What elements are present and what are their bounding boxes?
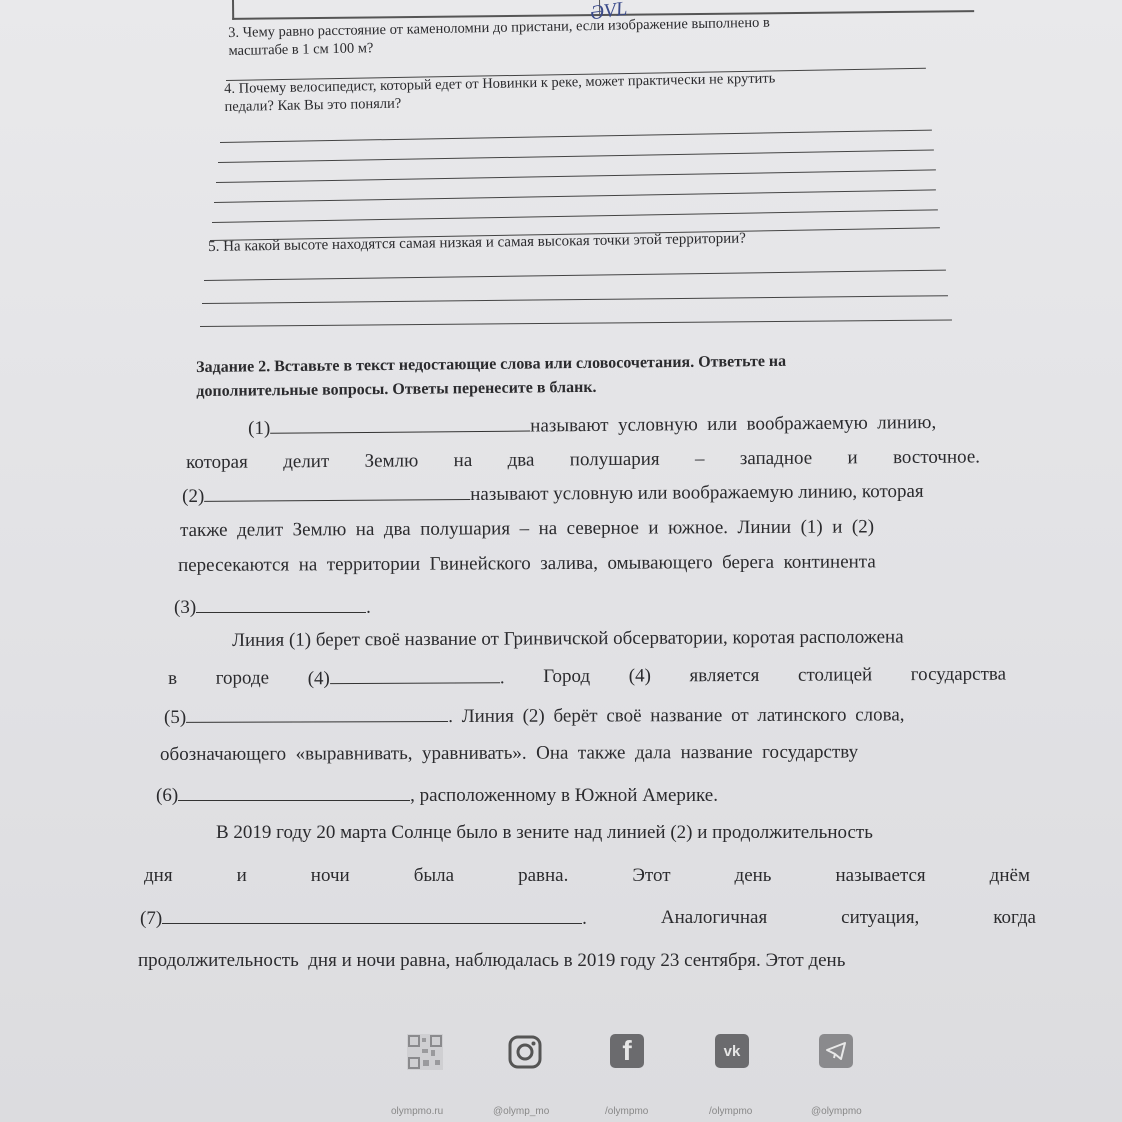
answer-line[interactable] <box>214 189 936 203</box>
text-line: (2)называют условную или воображаемую ли… <box>182 480 924 508</box>
text-line: пересекаются на территории Гвинейского з… <box>178 551 876 577</box>
question-5: 5. На какой высоте находятся самая низка… <box>208 230 746 256</box>
blank-marker-7: (7) <box>140 908 162 929</box>
answer-line[interactable] <box>216 169 936 183</box>
answer-line[interactable] <box>202 295 948 304</box>
text-line: которая делит Землю на два полушария – з… <box>186 446 980 474</box>
blank-5[interactable] <box>186 705 448 723</box>
text-line: (1)называют условную или воображаемую ли… <box>248 411 936 440</box>
text-line: (7). Аналогичная ситуация, когда <box>140 907 1036 930</box>
facebook-icon[interactable]: f <box>610 1034 644 1068</box>
question-number: 5. <box>208 239 219 255</box>
blank-marker-6: (6) <box>156 785 178 806</box>
question-3: 3. Чему равно расстояние от каменоломни … <box>228 14 770 60</box>
answer-line[interactable] <box>204 270 946 281</box>
footer-social-links: olympmo.ru @olymp_mo f /olympmo vk /olym… <box>385 1034 885 1122</box>
text-line: продолжительность дня и ночи равна, набл… <box>138 950 845 972</box>
blank-marker-1: (1) <box>248 418 270 439</box>
qr-code-icon[interactable] <box>407 1034 443 1070</box>
text-line: (5). Линия (2) берёт своё название от ла… <box>164 703 905 729</box>
text-line: (3). <box>174 596 371 619</box>
answer-line[interactable] <box>212 209 938 223</box>
blank-marker-2: (2) <box>182 486 204 507</box>
blank-6[interactable] <box>178 784 410 801</box>
answer-line[interactable] <box>218 150 934 163</box>
text-line: Линия (1) берет своё название от Гринвич… <box>232 626 904 652</box>
text-line: также делит Землю на два полушария – на … <box>180 516 874 542</box>
footer-label[interactable]: /olympmo <box>605 1106 648 1117</box>
footer-label[interactable]: @olympmo <box>811 1106 862 1117</box>
text-line: обозначающего «выравнивать, уравнивать».… <box>160 742 858 766</box>
question-number: 3. <box>228 25 239 41</box>
blank-2[interactable] <box>204 483 470 502</box>
text-line: в городе (4). Город (4) является столице… <box>168 664 1006 691</box>
blank-4[interactable] <box>330 666 500 684</box>
instagram-icon[interactable] <box>507 1034 543 1070</box>
telegram-icon[interactable] <box>819 1034 853 1068</box>
blank-1[interactable] <box>270 415 530 434</box>
question-text: На какой высоте находятся самая низкая и… <box>223 231 746 255</box>
text-line: В 2019 году 20 марта Солнце было в зенит… <box>216 822 873 844</box>
blank-marker-5: (5) <box>164 707 186 728</box>
footer-label[interactable]: /olympmo <box>709 1106 752 1117</box>
blank-3[interactable] <box>196 596 366 613</box>
footer-label[interactable]: olympmo.ru <box>391 1106 443 1117</box>
question-4: 4. Почему велосипедист, который едет от … <box>224 69 776 116</box>
answer-line[interactable] <box>200 319 952 327</box>
worksheet-page: ƏVL 3. Чему равно расстояние от каменоло… <box>0 0 1122 1122</box>
text-line: (6), расположенному в Южной Америке. <box>156 784 718 807</box>
blank-7[interactable] <box>162 907 582 924</box>
task-2-title: Задание 2. Вставьте в текст недостающие … <box>196 348 936 404</box>
blank-marker-4: (4) <box>308 668 330 689</box>
text-line: дня и ночи была равна. Этот день называе… <box>144 865 1030 887</box>
footer-label[interactable]: @olymp_mo <box>493 1106 549 1117</box>
answer-line[interactable] <box>220 130 932 143</box>
question-number: 4. <box>224 81 235 97</box>
vk-icon[interactable]: vk <box>715 1034 749 1068</box>
blank-marker-3: (3) <box>174 597 196 618</box>
